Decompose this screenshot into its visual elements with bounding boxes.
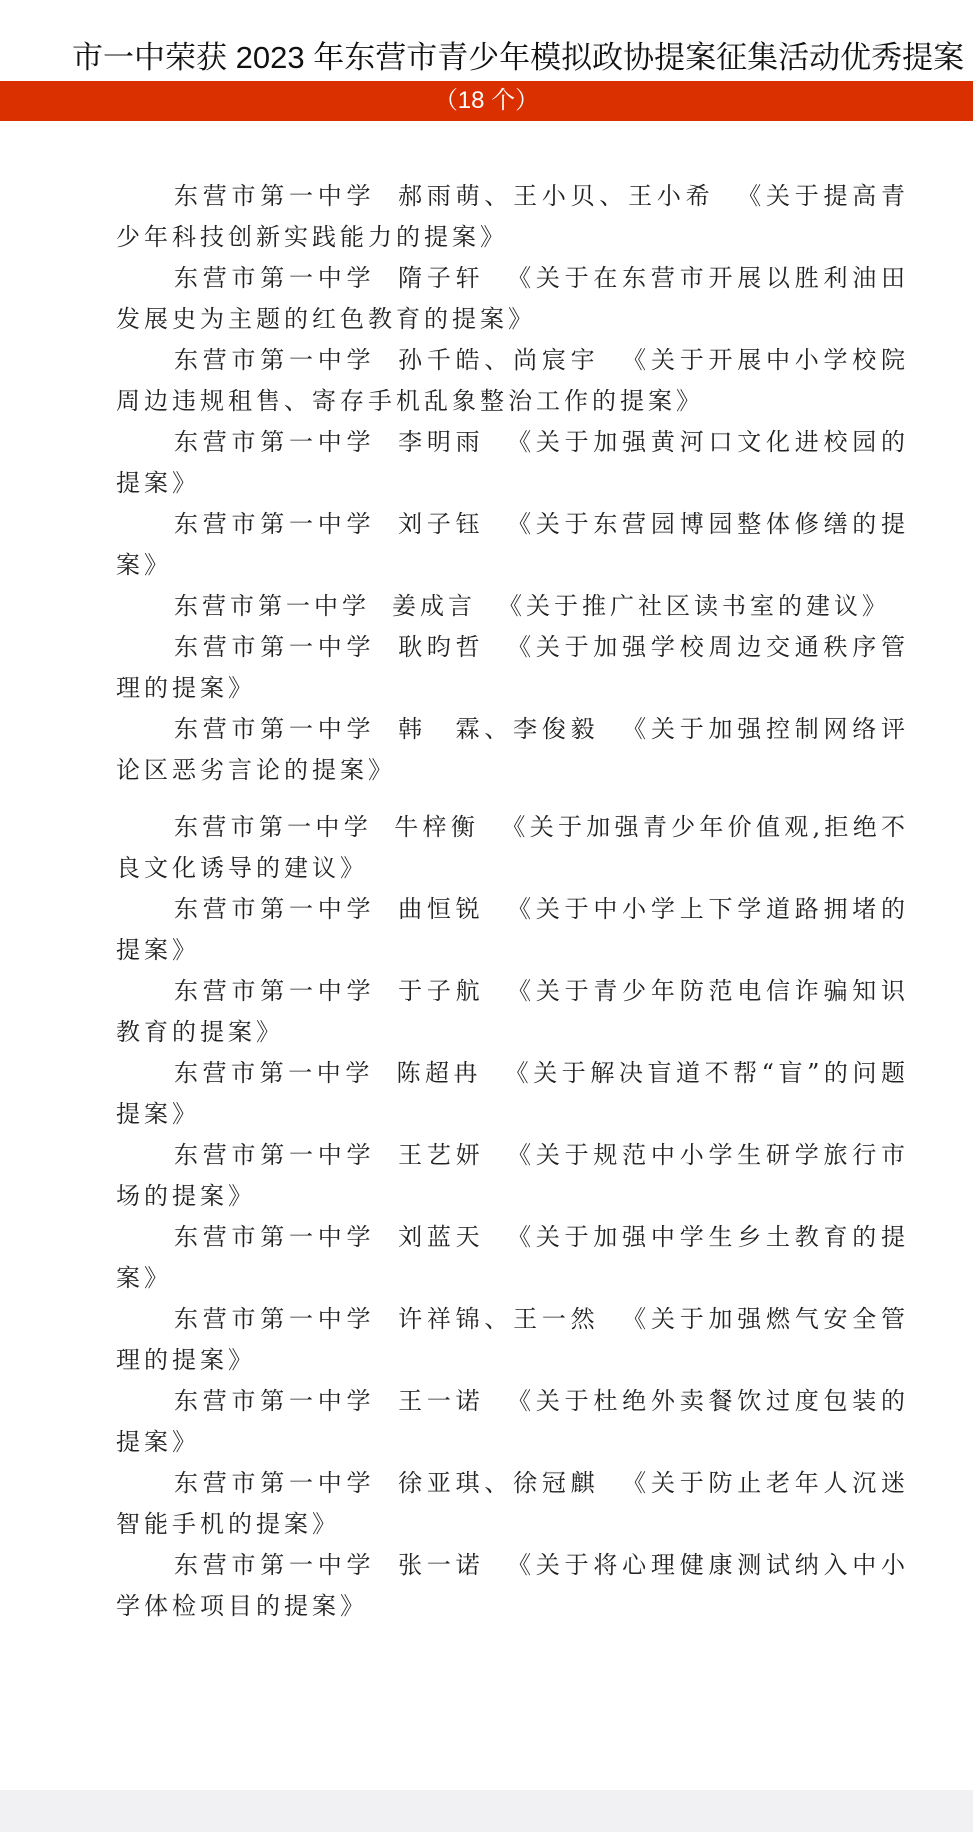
list-item: 东营市第一中学刘子钰《关于东营园博园整体修缮的提案》 xyxy=(116,504,909,586)
school-name: 东营市第一中学 xyxy=(174,977,375,1005)
school-name: 东营市第一中学 xyxy=(174,182,375,210)
list-item: 东营市第一中学刘蓝天《关于加强中学生乡土教育的提案》 xyxy=(116,1217,909,1299)
school-name: 东营市第一中学 xyxy=(174,1059,374,1087)
list-item: 东营市第一中学孙千皓、尚宸宇《关于开展中小学校院周边违规租售、寄存手机乱象整治工… xyxy=(116,340,909,422)
list-item: 东营市第一中学于子航《关于青少年防范电信诈骗知识教育的提案》 xyxy=(116,971,909,1053)
list-item: 东营市第一中学韩 霖、李俊毅《关于加强控制网络评论区恶劣言论的提案》 xyxy=(116,709,909,791)
list-item: 东营市第一中学牛梓衡《关于加强青少年价值观,拒绝不良文化诱导的建议》 xyxy=(116,807,909,889)
school-name: 东营市第一中学 xyxy=(174,592,370,620)
student-names: 耿昀哲 xyxy=(397,633,484,661)
school-name: 东营市第一中学 xyxy=(174,346,375,374)
school-name: 东营市第一中学 xyxy=(174,633,375,661)
list-item: 东营市第一中学陈超冉《关于解决盲道不帮“盲”的问题提案》 xyxy=(116,1053,909,1135)
list-item: 东营市第一中学李明雨《关于加强黄河口文化进校园的提案》 xyxy=(116,422,909,504)
school-name: 东营市第一中学 xyxy=(174,1551,375,1579)
student-names: 刘子钰 xyxy=(397,510,484,538)
student-names: 陈超冉 xyxy=(396,1059,482,1087)
student-names: 于子航 xyxy=(397,977,484,1005)
student-names: 曲恒锐 xyxy=(397,895,484,923)
list-item: 东营市第一中学王艺妍《关于规范中小学生研学旅行市场的提案》 xyxy=(116,1135,909,1217)
school-name: 东营市第一中学 xyxy=(174,510,375,538)
student-names: 郝雨萌、王小贝、王小希 xyxy=(397,182,714,210)
school-name: 东营市第一中学 xyxy=(174,428,375,456)
student-names: 许祥锦、王一然 xyxy=(397,1305,599,1333)
school-name: 东营市第一中学 xyxy=(174,1305,375,1333)
school-name: 东营市第一中学 xyxy=(174,715,375,743)
list-item: 东营市第一中学郝雨萌、王小贝、王小希《关于提高青少年科技创新实践能力的提案》 xyxy=(116,176,909,258)
footer-bar xyxy=(0,1790,973,1832)
list-item: 东营市第一中学张一诺《关于将心理健康测试纳入中小学体检项目的提案》 xyxy=(116,1545,909,1627)
student-names: 王一诺 xyxy=(397,1387,484,1415)
school-name: 东营市第一中学 xyxy=(174,264,375,292)
page-title: 市一中荣获 2023 年东营市青少年模拟政协提案征集活动优秀提案 xyxy=(72,38,973,78)
proposal-list: 东营市第一中学郝雨萌、王小贝、王小希《关于提高青少年科技创新实践能力的提案》 东… xyxy=(116,176,909,1627)
list-item: 东营市第一中学许祥锦、王一然《关于加强燃气安全管理的提案》 xyxy=(116,1299,909,1381)
student-names: 牛梓衡 xyxy=(394,813,479,841)
count-banner: （18 个） xyxy=(0,81,973,121)
proposal-title: 《关于推广社区读书室的建议》 xyxy=(498,592,890,620)
school-name: 东营市第一中学 xyxy=(174,1387,375,1415)
list-item: 东营市第一中学曲恒锐《关于中小学上下学道路拥堵的提案》 xyxy=(116,889,909,971)
student-names: 隋子轩 xyxy=(397,264,484,292)
school-name: 东营市第一中学 xyxy=(174,1469,375,1497)
school-name: 东营市第一中学 xyxy=(174,1141,375,1169)
list-item: 东营市第一中学姜成言《关于推广社区读书室的建议》 xyxy=(116,586,909,627)
school-name: 东营市第一中学 xyxy=(174,1223,375,1251)
proposal-count: （18 个） xyxy=(434,81,539,121)
student-names: 王艺妍 xyxy=(397,1141,484,1169)
school-name: 东营市第一中学 xyxy=(174,895,375,923)
list-item: 东营市第一中学王一诺《关于杜绝外卖餐饮过度包装的提案》 xyxy=(116,1381,909,1463)
student-names: 徐亚琪、徐冠麒 xyxy=(397,1469,599,1497)
student-names: 李明雨 xyxy=(397,428,484,456)
student-names: 张一诺 xyxy=(397,1551,484,1579)
list-item: 东营市第一中学耿昀哲《关于加强学校周边交通秩序管理的提案》 xyxy=(116,627,909,709)
student-names: 刘蓝天 xyxy=(397,1223,484,1251)
student-names: 韩 霖、李俊毅 xyxy=(397,715,599,743)
student-names: 孙千皓、尚宸宇 xyxy=(397,346,599,374)
student-names: 姜成言 xyxy=(392,592,476,620)
school-name: 东营市第一中学 xyxy=(174,813,372,841)
list-item: 东营市第一中学隋子轩《关于在东营市开展以胜利油田发展史为主题的红色教育的提案》 xyxy=(116,258,909,340)
list-item: 东营市第一中学徐亚琪、徐冠麒《关于防止老年人沉迷智能手机的提案》 xyxy=(116,1463,909,1545)
